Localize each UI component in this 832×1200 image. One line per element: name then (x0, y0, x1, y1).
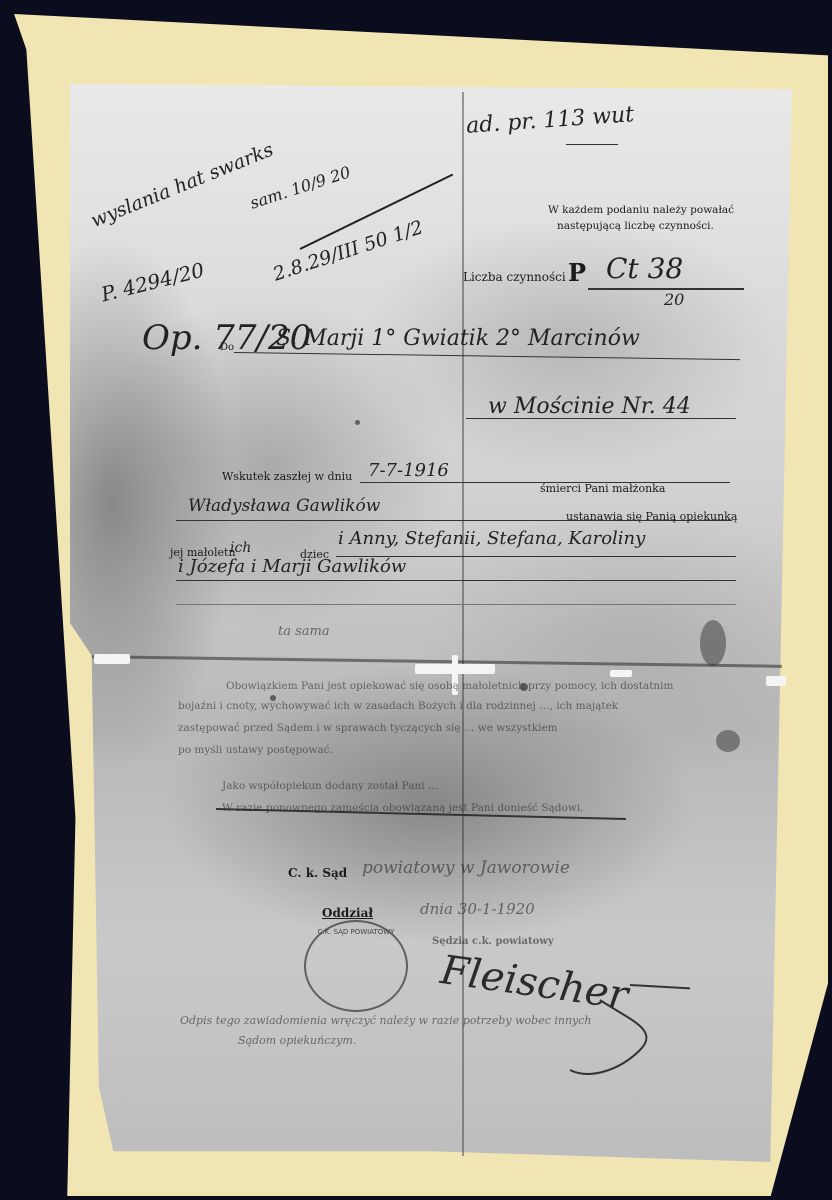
crossed-note: ta sama (278, 624, 330, 639)
notice-line: W każdem podaniu należy powałać (548, 204, 734, 216)
addressee-line2: w Mościnie Nr. 44 (488, 394, 691, 419)
stamp-text: C.K. SĄD POWIATOWY (306, 928, 406, 936)
body-hand: ich (230, 540, 251, 556)
paper-tear (766, 676, 786, 686)
underline (176, 580, 736, 581)
stain (700, 620, 726, 666)
children-names: i Anny, Stefanii, Stefana, Karoliny (338, 528, 645, 549)
stain (355, 420, 360, 425)
body-text: śmierci Pani małżonka (540, 482, 665, 495)
court-label: C. k. Sąd (288, 866, 347, 880)
case-number-value: Ct 38 (606, 252, 683, 285)
case-number-year: 20 (664, 290, 684, 309)
body-text: po myśli ustawy postępować. (178, 744, 333, 756)
official-block: Sędzia c.k. powiatowy (432, 936, 554, 947)
court-stamp: C.K. SĄD POWIATOWY (304, 920, 408, 1012)
footer-note: Sądom opiekuńczym. (238, 1034, 356, 1047)
addressee-line1: S. Marji 1° Gwiatik 2° Marcinów (276, 326, 640, 351)
division-label: Oddział (322, 906, 373, 920)
court-name: powiatowy w Jaworowie (362, 858, 570, 878)
husband-name: Władysława Gawlików (188, 496, 380, 516)
court-date: dnia 30-1-1920 (420, 900, 535, 918)
paper-tear (94, 654, 130, 664)
paper-tear (610, 670, 632, 677)
body-text: Wskutek zaszłej w dniu (222, 470, 352, 483)
body-text: ustanawia się Panią opiekunką (566, 510, 737, 523)
case-number-label: Liczba czynności (463, 270, 566, 284)
body-text: bojaźni i cnoty, wychowywać ich w zasada… (178, 700, 618, 712)
children-names: i Józefa i Marji Gawlików (178, 556, 406, 577)
underline (176, 604, 736, 605)
underline (566, 144, 618, 145)
date-of-death: 7-7-1916 (368, 460, 449, 481)
body-text: zastępować przed Sądem i w sprawach tycz… (178, 722, 558, 734)
notice-line: następującą liczbę czynności. (557, 220, 714, 232)
addressee-label: Do (220, 342, 234, 353)
case-number-prefix: P (568, 258, 586, 287)
body-text: Jako współopiekun dodany został Pani … (222, 780, 439, 792)
body-text: Obowiązkiem Pani jest opiekować się osob… (226, 680, 674, 692)
footer-note: Odpis tego zawiadomienia wręczyć należy … (180, 1014, 592, 1027)
addressee-underline (466, 418, 736, 419)
stain (716, 730, 740, 752)
